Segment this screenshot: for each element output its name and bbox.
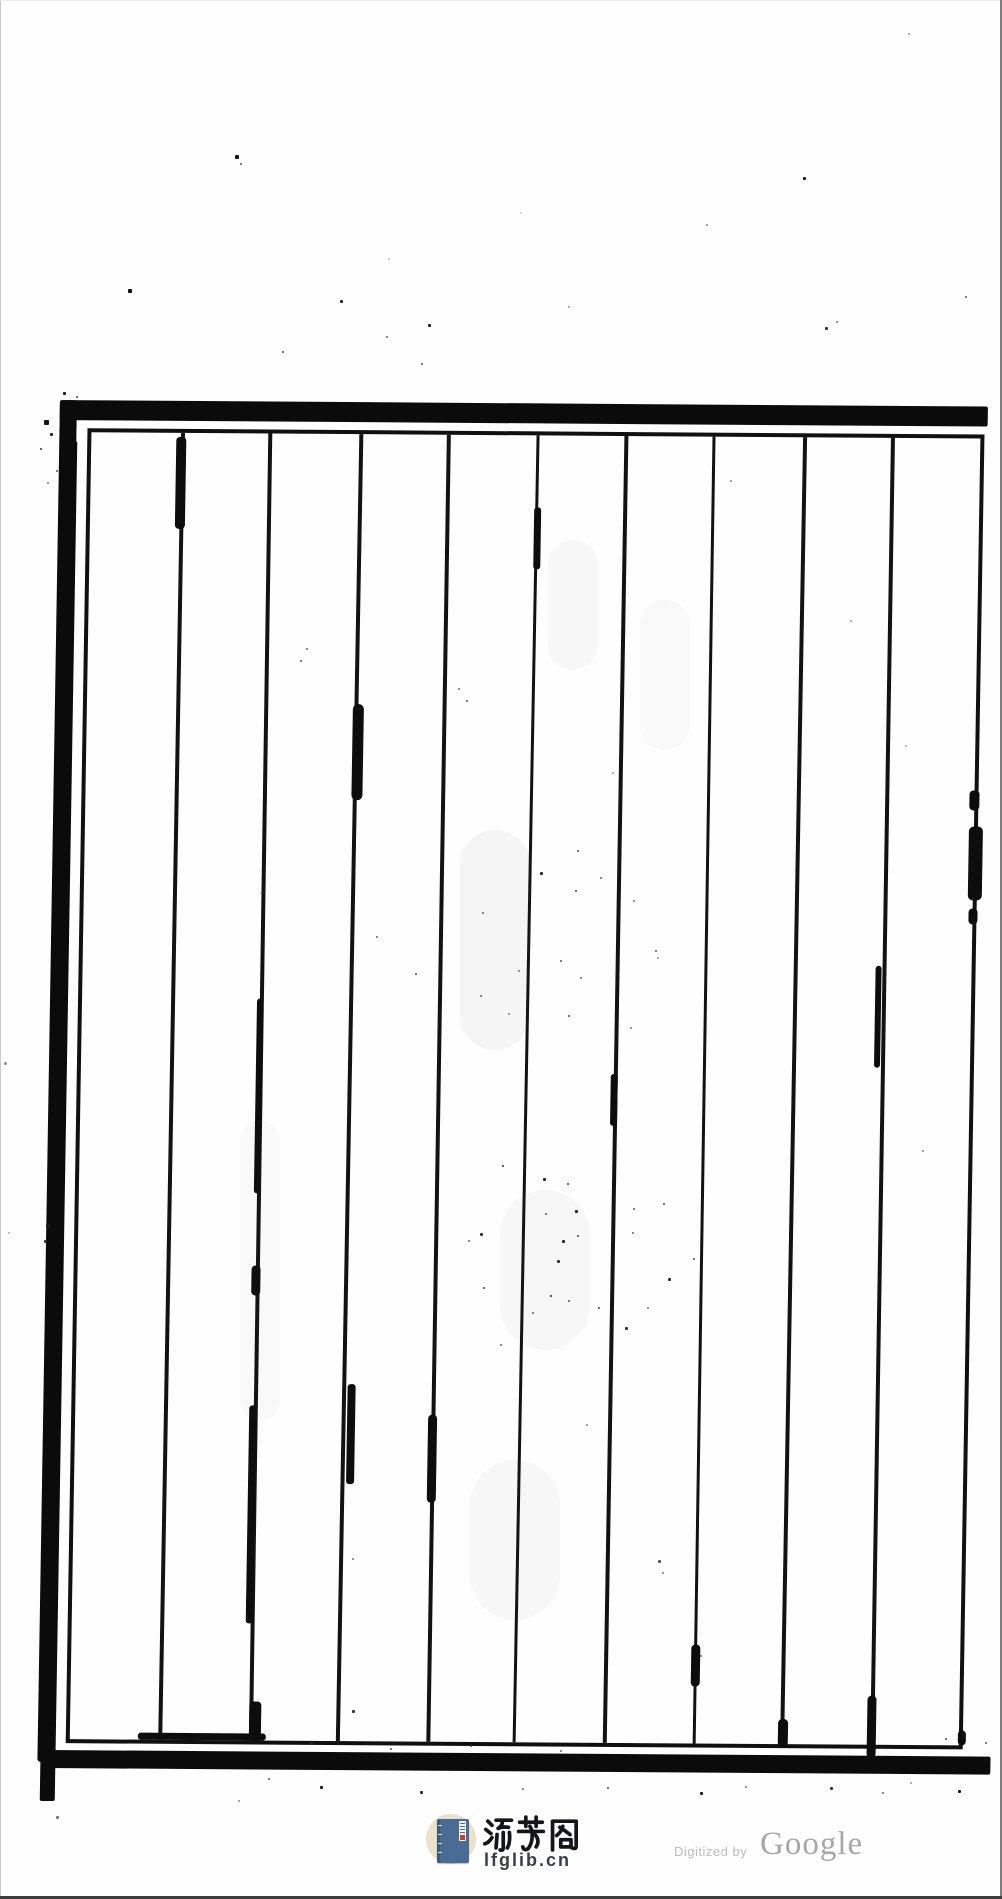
- ink-speck: [522, 1788, 524, 1790]
- ink-speck: [945, 1738, 947, 1740]
- ink-speck: [580, 977, 582, 979]
- ink-speck: [700, 1655, 702, 1657]
- ink-speck: [56, 470, 58, 472]
- ink-speck: [577, 850, 579, 852]
- ink-speck: [300, 660, 302, 662]
- frame-border-top: [60, 400, 988, 426]
- ink-blob: [968, 908, 977, 924]
- ink-speck: [658, 1560, 661, 1563]
- book-stitch: [438, 1852, 442, 1853]
- ink-speck: [376, 936, 378, 938]
- ink-speck: [706, 224, 708, 226]
- ink-speck: [458, 688, 460, 690]
- ink-speck: [520, 212, 522, 214]
- ink-speck: [8, 1232, 10, 1234]
- ink-speck: [607, 1787, 609, 1789]
- ink-speck: [655, 950, 657, 952]
- ink-blob: [533, 507, 541, 569]
- ink-speck: [905, 745, 907, 747]
- ink-speck: [882, 1792, 884, 1794]
- ink-speck: [420, 1791, 423, 1794]
- ink-blob: [958, 1730, 966, 1745]
- ink-speck: [560, 960, 562, 962]
- ink-speck: [46, 1224, 50, 1228]
- ink-blob: [175, 437, 187, 529]
- ink-speck: [568, 306, 570, 308]
- scan-shade: [548, 540, 598, 670]
- ink-blob: [691, 1644, 701, 1686]
- ink-blob: [778, 1719, 788, 1747]
- column-rule-line: [336, 434, 363, 1741]
- scan-shade: [460, 830, 530, 1050]
- ink-speck: [50, 433, 53, 436]
- ink-speck: [480, 1233, 483, 1236]
- ink-speck: [468, 1240, 470, 1242]
- column-rule-line: [780, 437, 807, 1744]
- ink-speck: [668, 1278, 671, 1281]
- lfglib-logo-text: [482, 1814, 582, 1852]
- ink-speck: [700, 1792, 703, 1795]
- scan-shade: [640, 600, 690, 750]
- ink-speck: [598, 1307, 600, 1309]
- book-stitch: [438, 1825, 442, 1826]
- column-rule-line: [158, 433, 185, 1740]
- ink-blob: [867, 1696, 877, 1758]
- ink-speck: [560, 1750, 562, 1752]
- lfglib-url-text: lfglib.cn: [484, 1850, 571, 1871]
- ink-speck: [388, 258, 390, 260]
- ink-speck: [235, 155, 239, 159]
- book-title-text: [460, 1823, 465, 1833]
- ink-speck: [850, 620, 852, 622]
- ink-speck: [268, 1778, 270, 1780]
- ink-speck: [647, 1307, 649, 1309]
- scan-shade: [240, 1120, 280, 1420]
- ink-speck: [390, 1748, 392, 1750]
- ink-speck: [40, 448, 42, 450]
- ink-blob: [138, 1733, 266, 1741]
- ink-speck: [56, 1816, 59, 1819]
- ink-speck: [985, 1742, 987, 1744]
- scan-shade: [470, 1460, 560, 1620]
- ink-speck: [352, 1558, 354, 1560]
- ink-speck: [386, 336, 388, 338]
- column-rule-line: [693, 437, 716, 1744]
- ink-speck: [625, 1327, 628, 1330]
- ink-speck: [4, 1062, 7, 1065]
- ink-speck: [803, 177, 806, 180]
- ink-speck: [466, 700, 468, 702]
- column-rule-line: [426, 435, 451, 1742]
- ink-speck: [633, 900, 635, 902]
- ink-speck: [282, 351, 284, 353]
- google-logo-text: Google: [760, 1826, 863, 1863]
- ink-speck: [238, 1800, 240, 1802]
- ink-speck: [600, 877, 602, 879]
- ink-speck: [836, 321, 838, 323]
- ink-speck: [567, 1183, 569, 1185]
- ink-speck: [502, 1165, 504, 1167]
- ink-blob: [427, 1415, 437, 1503]
- ink-speck: [44, 1240, 47, 1243]
- ink-speck: [428, 324, 431, 327]
- ink-speck: [540, 872, 543, 875]
- ink-speck: [483, 1287, 485, 1289]
- ink-speck: [632, 1232, 634, 1234]
- ink-speck: [568, 1015, 570, 1017]
- book-seal-icon: [460, 1835, 465, 1840]
- ink-speck: [663, 1203, 665, 1205]
- scanned-book-page: lfglib.cn Digitized by Google: [0, 0, 1002, 1899]
- ink-blob: [351, 704, 364, 800]
- ink-speck: [128, 289, 132, 293]
- ink-speck: [260, 892, 262, 894]
- column-rule-line: [870, 438, 895, 1745]
- ink-speck: [575, 890, 577, 892]
- ink-speck: [240, 163, 242, 165]
- ink-blob: [346, 1384, 356, 1484]
- scan-edge-left: [0, 0, 1, 1899]
- ink-speck: [830, 1787, 833, 1790]
- ink-speck: [320, 1786, 323, 1789]
- ink-speck: [470, 1745, 472, 1747]
- ink-blob: [968, 826, 983, 900]
- ink-speck: [306, 648, 308, 650]
- ink-speck: [500, 1344, 502, 1346]
- book-title-label: [459, 1821, 466, 1841]
- ink-speck: [47, 482, 49, 484]
- scan-shade: [500, 1190, 590, 1350]
- ink-speck: [965, 296, 967, 298]
- google-watermark: Digitized by Google: [660, 1826, 920, 1876]
- ink-speck: [415, 973, 417, 975]
- ink-blob: [610, 1074, 618, 1126]
- lfglib-watermark: lfglib.cn: [426, 1812, 686, 1872]
- ink-speck: [730, 480, 732, 482]
- ink-speck: [662, 1572, 664, 1574]
- ink-speck: [910, 1782, 912, 1784]
- ink-speck: [922, 1150, 924, 1152]
- lfglib-logo-icon: [426, 1814, 476, 1864]
- ink-blob: [249, 1701, 262, 1737]
- scan-edge-top: [0, 0, 1002, 1]
- ink-blob: [969, 790, 979, 810]
- ink-speck: [657, 957, 659, 959]
- ink-speck: [745, 1786, 747, 1788]
- ink-speck: [630, 1027, 632, 1029]
- ink-speck: [612, 772, 614, 774]
- ink-speck: [958, 1790, 961, 1793]
- ink-speck: [633, 1208, 635, 1210]
- ink-speck: [908, 33, 910, 35]
- ink-speck: [340, 300, 343, 303]
- ink-speck: [825, 327, 828, 330]
- ink-speck: [586, 1424, 588, 1426]
- ink-speck: [352, 1710, 355, 1713]
- ink-speck: [44, 420, 49, 425]
- frame-border-bottom: [45, 1750, 990, 1775]
- digitized-by-text: Digitized by: [674, 1844, 747, 1859]
- ink-speck: [76, 396, 78, 398]
- ink-speck: [63, 392, 66, 395]
- ink-speck: [310, 1742, 313, 1745]
- book-stitch: [438, 1843, 442, 1844]
- ink-speck: [421, 363, 423, 365]
- book-stitch: [438, 1834, 442, 1835]
- book-icon: [437, 1819, 469, 1863]
- ink-speck: [543, 1178, 546, 1181]
- ink-speck: [693, 1258, 695, 1260]
